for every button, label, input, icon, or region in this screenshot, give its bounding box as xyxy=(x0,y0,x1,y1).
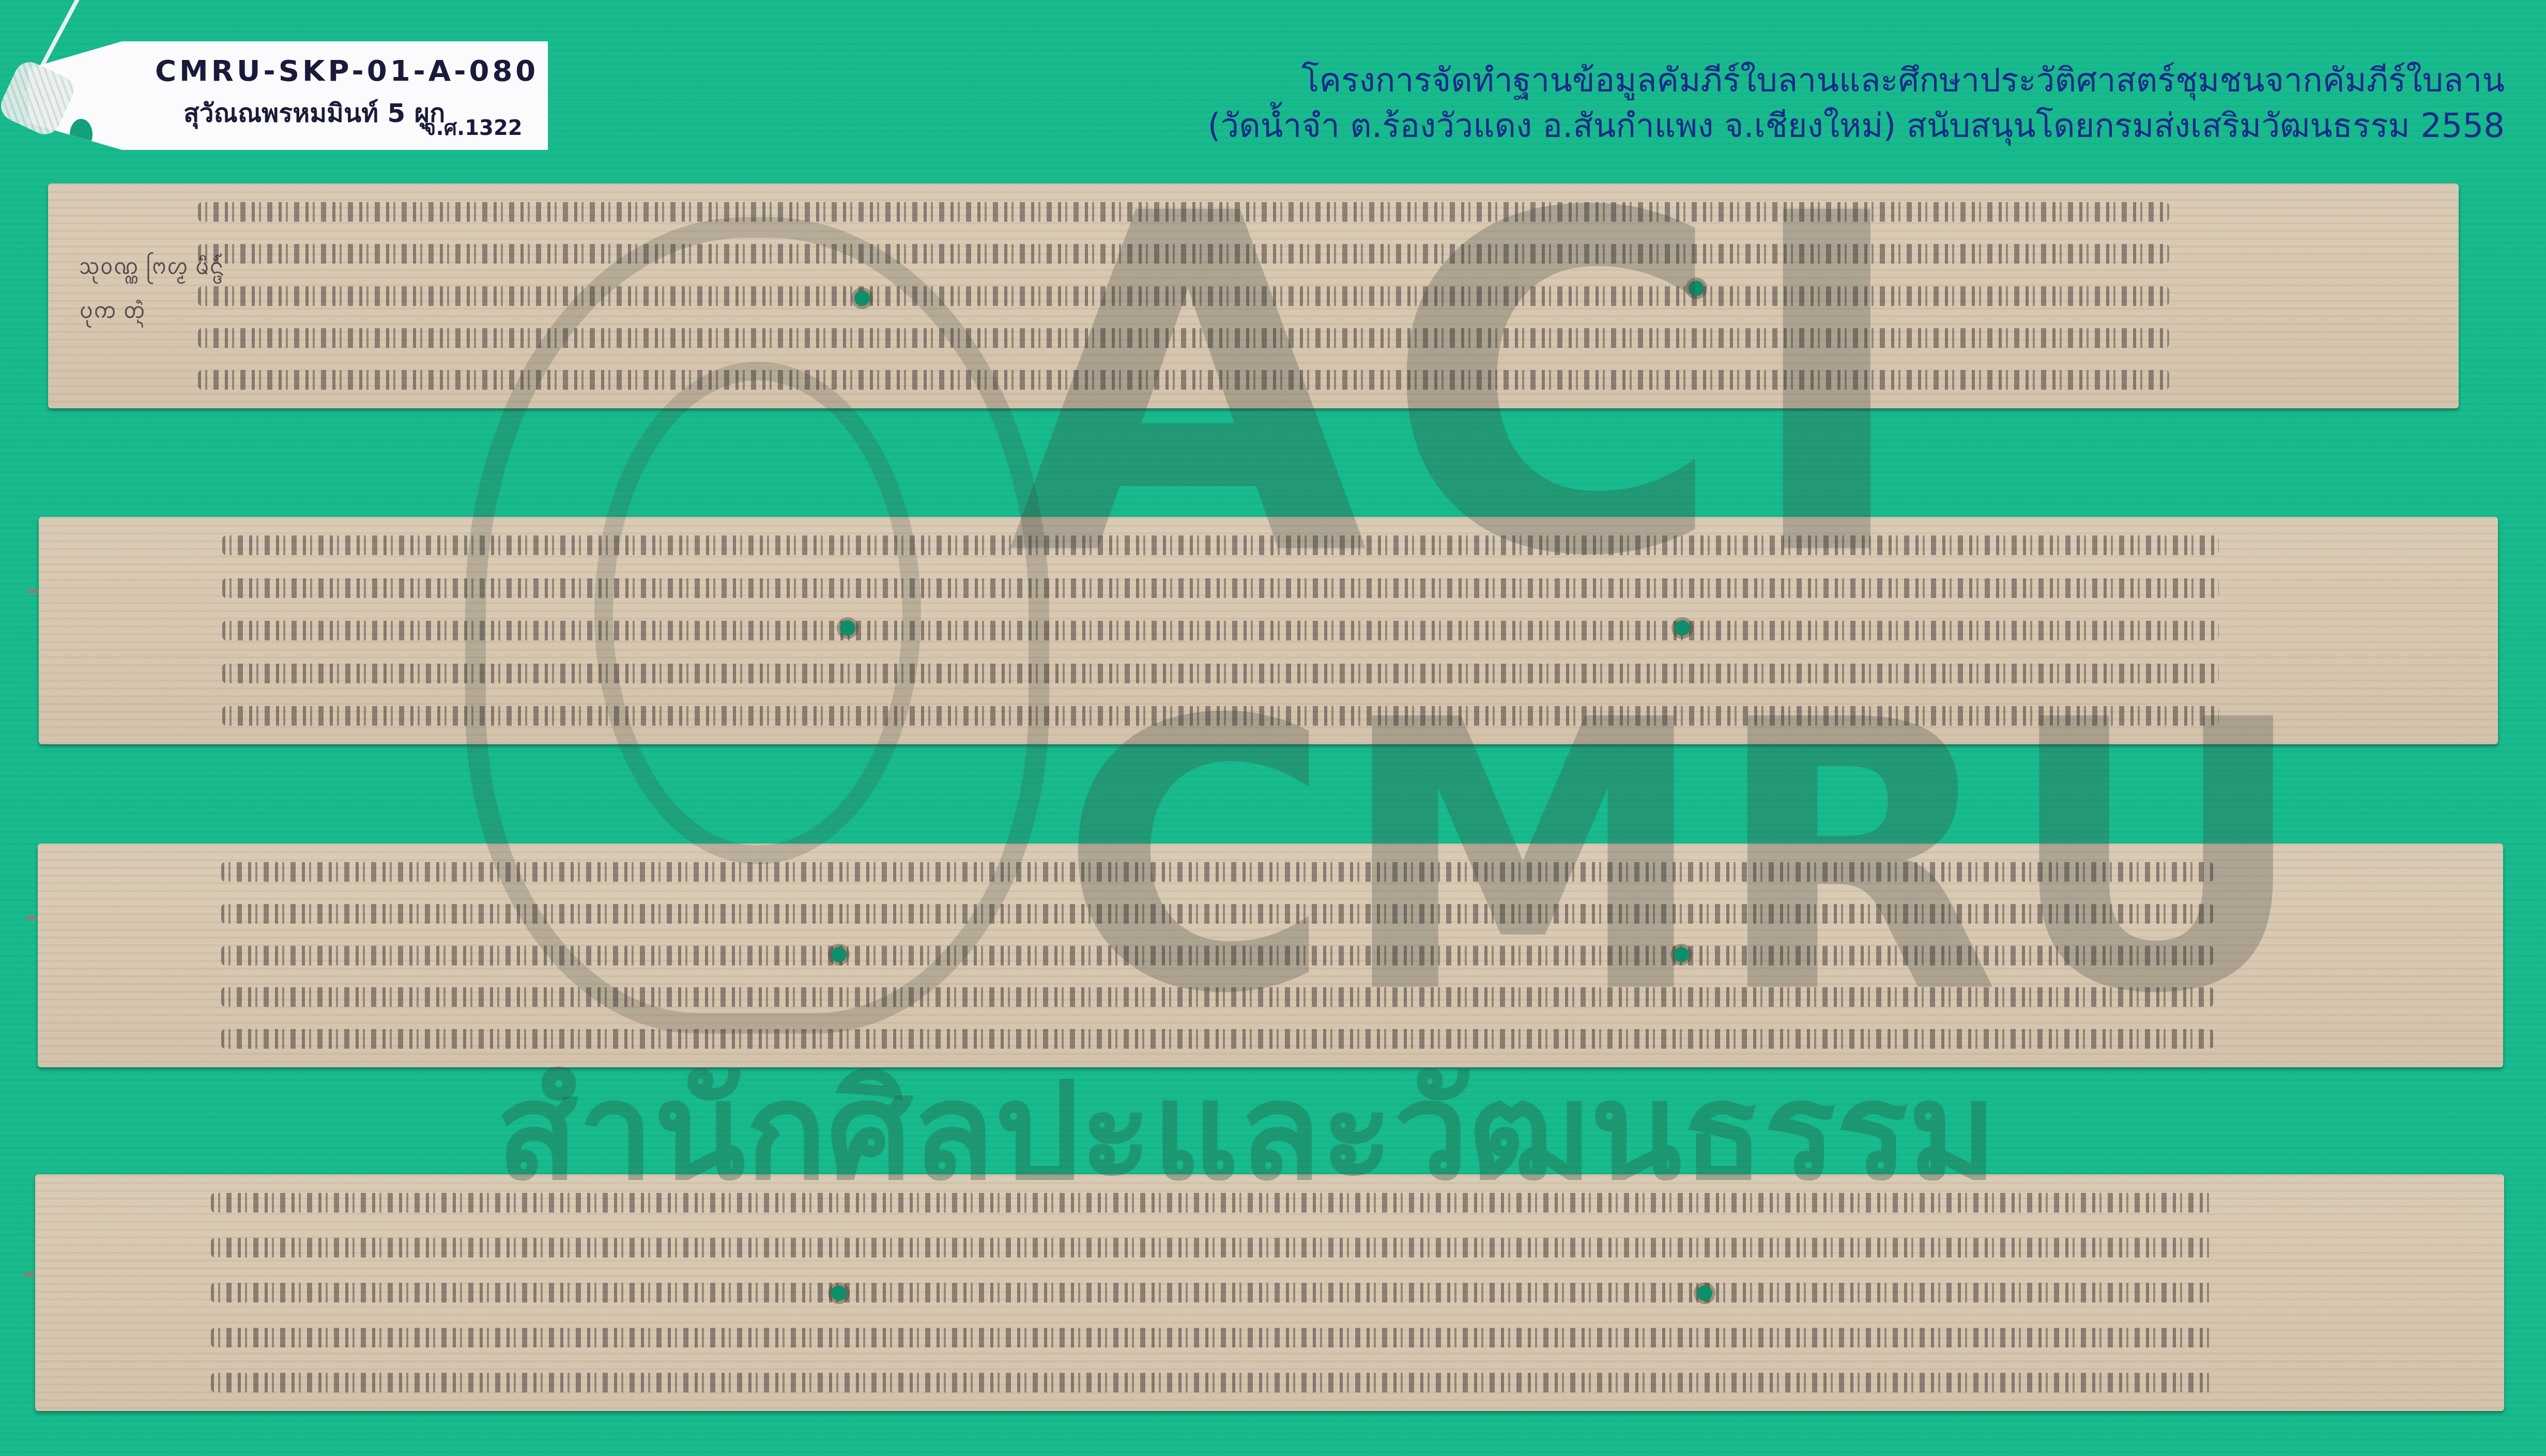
script-line xyxy=(222,706,2219,726)
script-line xyxy=(222,535,2219,555)
mounting-pin xyxy=(26,916,37,920)
tag-date: จ.ศ.1322 xyxy=(424,111,523,144)
binding-hole-left xyxy=(854,290,870,306)
catalog-tag-group: CMRU-SKP-01-A-080 สุวัณณพรหมมินท์ 5 ผูก … xyxy=(0,0,569,165)
binding-hole-left xyxy=(831,947,847,962)
header-line-2: (วัดน้ำจำ ต.ร้องวัวแดง อ.สันกำแพง จ.เชีย… xyxy=(1207,103,2505,149)
script-line xyxy=(221,862,2214,882)
script-line xyxy=(211,1283,2215,1302)
palm-leaf-4 xyxy=(35,1174,2504,1411)
script-line xyxy=(222,621,2219,640)
header-line-1: โครงการจัดทำฐานข้อมูลคัมภีร์ใบลานและศึกษ… xyxy=(1207,58,2505,103)
script-line xyxy=(211,1328,2215,1347)
binding-hole-left xyxy=(840,620,855,636)
palm-leaf-1: ᩈᩩᩅᨱ᩠ᨱ ᨻᩕᩉ᩠ᨾ ᨾᩥᨶ᩠ᨴ᩼ ᨷᩩᨠ ᨲᩫ᩠ᨶ xyxy=(48,183,2459,408)
script-line xyxy=(211,1373,2215,1392)
script-line xyxy=(198,370,2169,390)
script-line xyxy=(211,1238,2215,1258)
binding-hole-right xyxy=(1689,281,1704,296)
script-line xyxy=(222,578,2219,598)
binding-hole-right xyxy=(1674,947,1689,962)
mounting-pin xyxy=(24,1273,34,1277)
leaf-4-text xyxy=(211,1193,2215,1392)
binding-hole-right xyxy=(1697,1285,1712,1301)
script-line xyxy=(221,904,2214,924)
mounting-pin xyxy=(27,589,38,593)
binding-hole-right xyxy=(1675,620,1690,636)
script-line xyxy=(198,244,2169,264)
leaf-3-text xyxy=(221,862,2214,1049)
tag-id: CMRU-SKP-01-A-080 xyxy=(155,54,539,88)
palm-leaf-3 xyxy=(38,844,2503,1067)
script-line xyxy=(222,664,2219,683)
leaf-1-text xyxy=(198,202,2169,390)
binding-hole-left xyxy=(831,1285,847,1301)
leaf-2-text xyxy=(222,535,2219,726)
script-line xyxy=(221,1029,2214,1049)
script-line xyxy=(198,202,2169,222)
script-line xyxy=(211,1193,2215,1213)
palm-leaf-2 xyxy=(39,517,2498,744)
script-line xyxy=(221,987,2214,1007)
script-line xyxy=(198,286,2169,306)
project-header: โครงการจัดทำฐานข้อมูลคัมภีร์ใบลานและศึกษ… xyxy=(1207,58,2505,149)
tag-hole xyxy=(70,119,93,150)
leaf-1-margin-note-2: ᨷᩩᨠ ᨲᩫ᩠ᨶ xyxy=(79,295,145,329)
script-line xyxy=(198,328,2169,348)
tag-title: สุวัณณพรหมมินท์ 5 ผูก xyxy=(183,93,445,134)
script-line xyxy=(221,946,2214,965)
